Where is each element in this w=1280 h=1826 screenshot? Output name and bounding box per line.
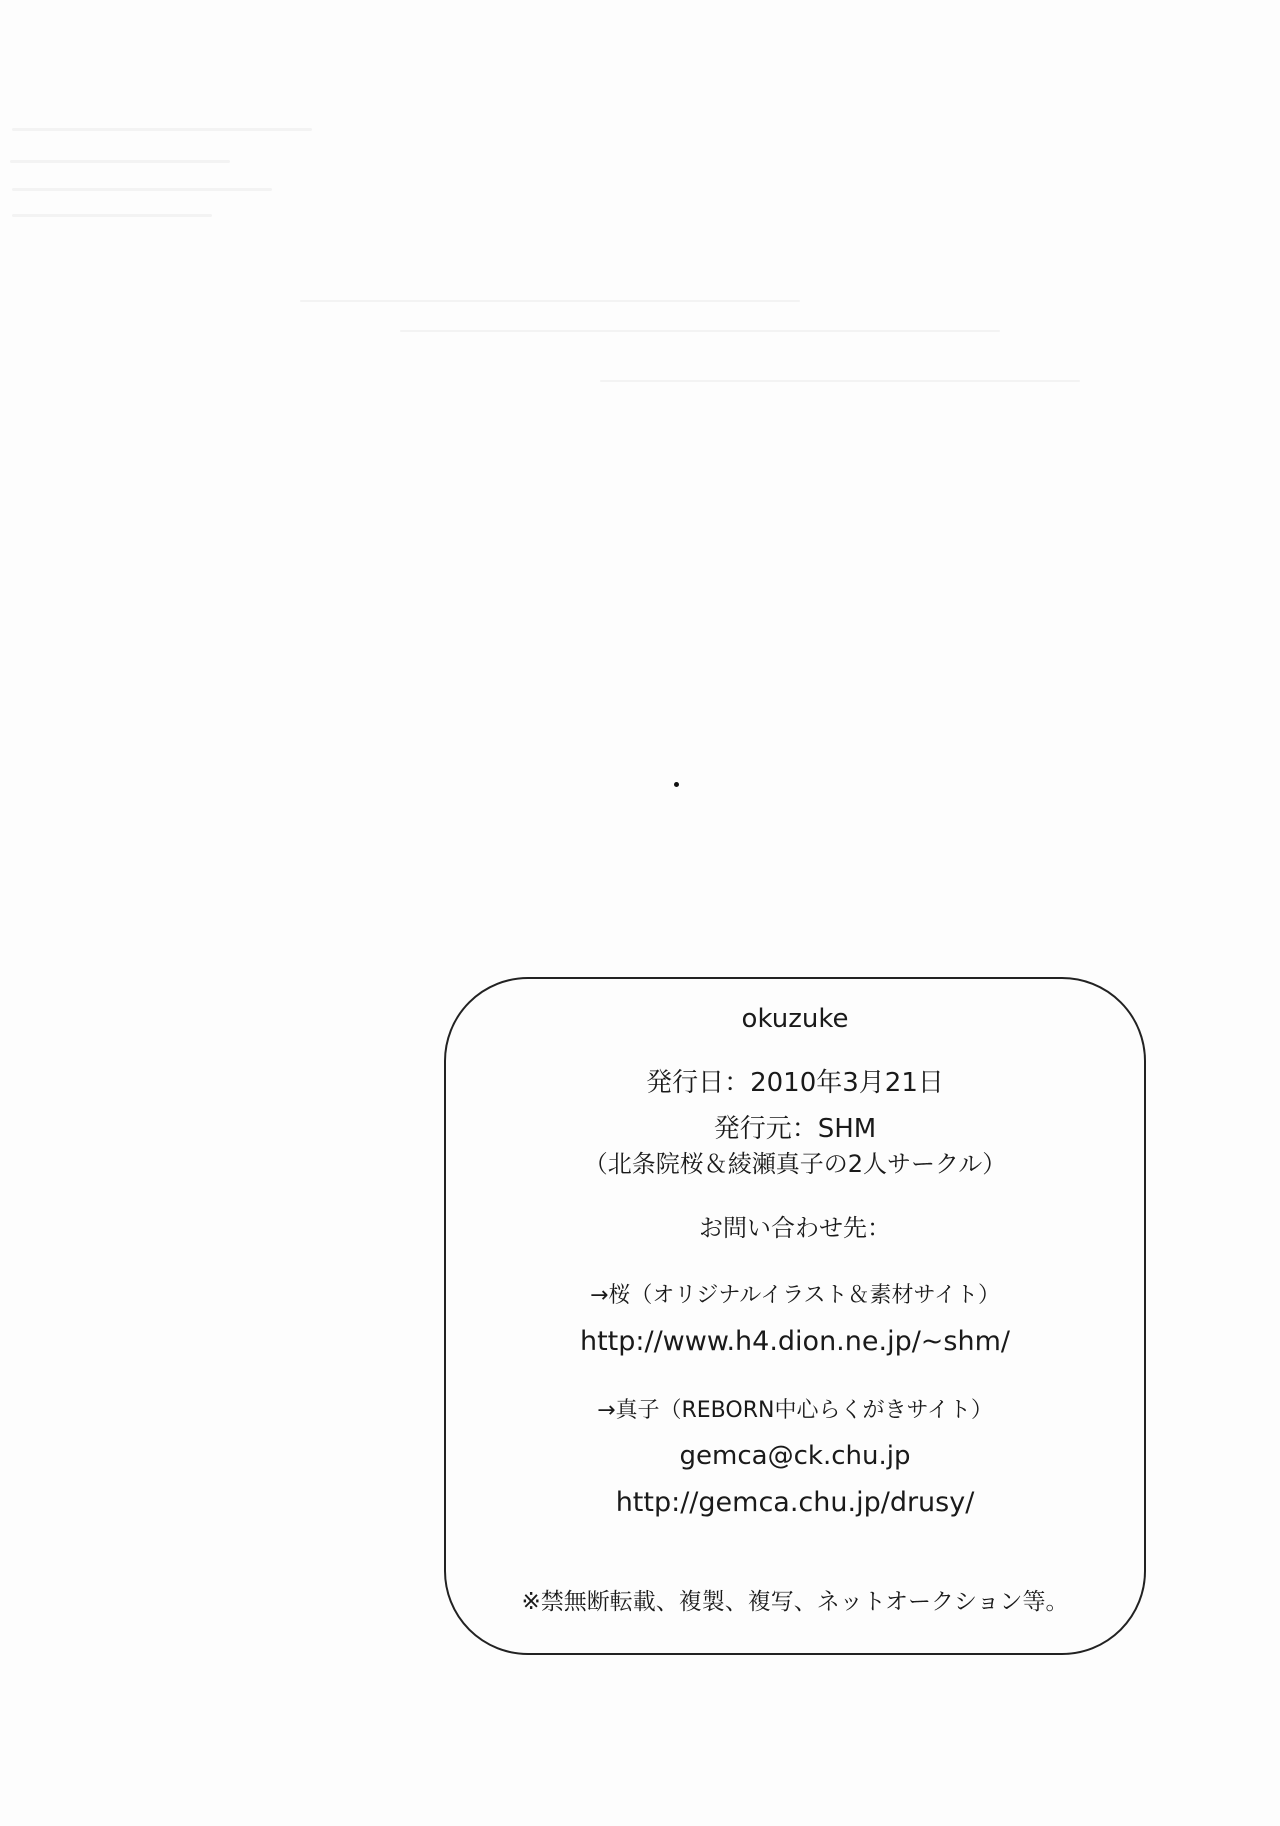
publish-date: 発行日：2010年3月21日 [444, 1062, 1146, 1099]
publisher-note: （北条院桜＆綾瀬真子の2人サークル） [444, 1144, 1146, 1179]
contact-mako-email[interactable]: gemca@ck.chu.jp [444, 1441, 1146, 1471]
contact-sakura-url[interactable]: http://www.h4.dion.ne.jp/~shm/ [444, 1326, 1146, 1357]
contact-sakura-label: →桜（オリジナルイラスト＆素材サイト） [444, 1278, 1146, 1309]
contact-mako-url[interactable]: http://gemca.chu.jp/drusy/ [444, 1487, 1146, 1518]
copyright-notice: ※禁無断転載、複製、複写、ネットオークション等。 [444, 1583, 1146, 1616]
contact-mako-label: →真子（REBORN中心らくがきサイト） [444, 1393, 1146, 1424]
contact-heading: お問い合わせ先： [444, 1208, 1146, 1243]
colophon-title: okuzuke [444, 1004, 1146, 1034]
stray-dot [674, 782, 679, 787]
publisher: 発行元：SHM [444, 1108, 1146, 1145]
